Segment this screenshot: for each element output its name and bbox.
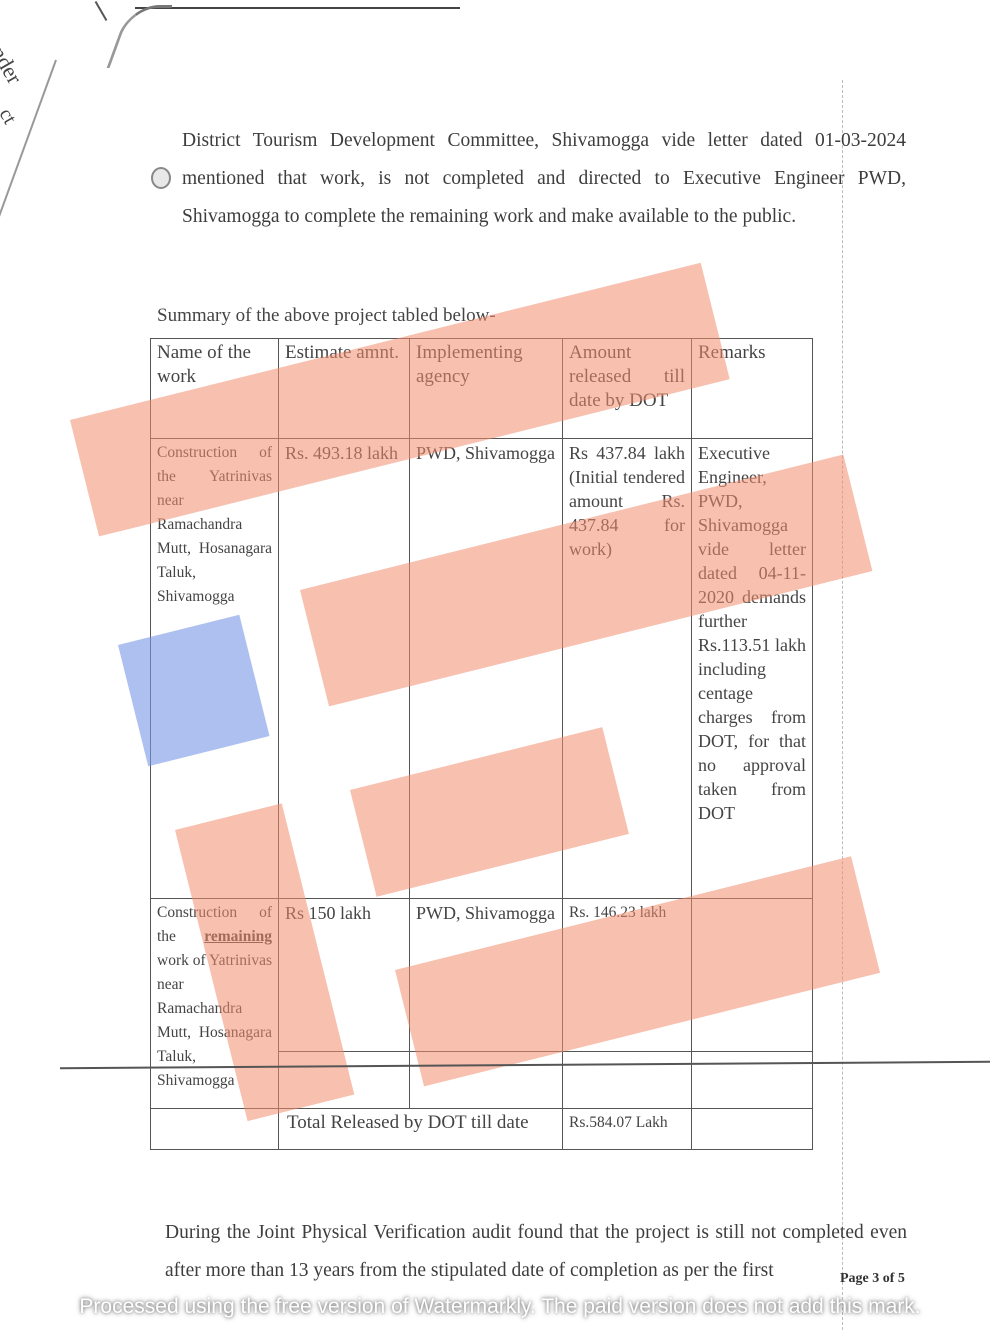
table-row: Construction of the Yatrinivas near Rama… (151, 439, 813, 899)
underlying-page-text: tender (0, 28, 27, 89)
table-total-row: Total Released by DOT till date Rs.584.0… (151, 1109, 813, 1150)
cell-estimate: Rs. 493.18 lakh (279, 439, 410, 899)
cell-name-of-work: Construction of the Yatrinivas near Rama… (151, 439, 279, 899)
cell-remarks: Executive Engineer, PWD, Shivamogga vide… (692, 439, 813, 899)
page-edge-left-top (95, 1, 108, 21)
table-caption: Summary of the above project tabled belo… (157, 305, 496, 327)
total-value: Rs.584.07 Lakh (563, 1109, 692, 1150)
punch-hole-icon (151, 167, 171, 189)
cell-emphasis: remaining (204, 928, 272, 945)
table-row: Construction of the remaining work of Ya… (151, 899, 813, 1052)
underlying-page-text-2: ct (0, 104, 21, 128)
cell-empty (410, 1052, 563, 1109)
cell-name-of-work: Construction of the remaining work of Ya… (151, 899, 279, 1109)
header-name-of-work: Name of the work (151, 339, 279, 439)
table-header-row: Name of the work Estimate amnt. Implemen… (151, 339, 813, 439)
page-edge-left (0, 60, 57, 249)
header-remarks: Remarks (692, 339, 813, 439)
summary-table: Name of the work Estimate amnt. Implemen… (150, 338, 813, 1150)
total-label: Total Released by DOT till date (279, 1109, 563, 1150)
cell-empty (151, 1109, 279, 1150)
page-edge-top (135, 7, 460, 9)
cell-remarks (692, 899, 813, 1052)
cell-agency: PWD, Shivamogga (410, 439, 563, 899)
cell-empty (279, 1052, 410, 1109)
cell-empty (563, 1052, 692, 1109)
cell-amount-released: Rs. 146.23 lakh (563, 899, 692, 1052)
page-number: Page 3 of 5 (840, 1271, 905, 1287)
header-estimate: Estimate amnt. (279, 339, 410, 439)
paragraph-intro: District Tourism Development Committee, … (182, 122, 906, 236)
header-agency: Implementing agency (410, 339, 563, 439)
fold-line (842, 80, 844, 1330)
cell-empty (692, 1109, 813, 1150)
cell-estimate: Rs 150 lakh (279, 899, 410, 1052)
header-amount-released: Amount released till date by DOT (563, 339, 692, 439)
cell-empty (692, 1052, 813, 1109)
cell-amount-released: Rs 437.84 lakh (Initial tendered amount … (563, 439, 692, 899)
paragraph-audit: During the Joint Physical Verification a… (165, 1214, 907, 1290)
watermark-text: Processed using the free version of Wate… (0, 1295, 1000, 1319)
cell-agency: PWD, Shivamogga (410, 899, 563, 1052)
page-edge-curve (107, 5, 173, 68)
